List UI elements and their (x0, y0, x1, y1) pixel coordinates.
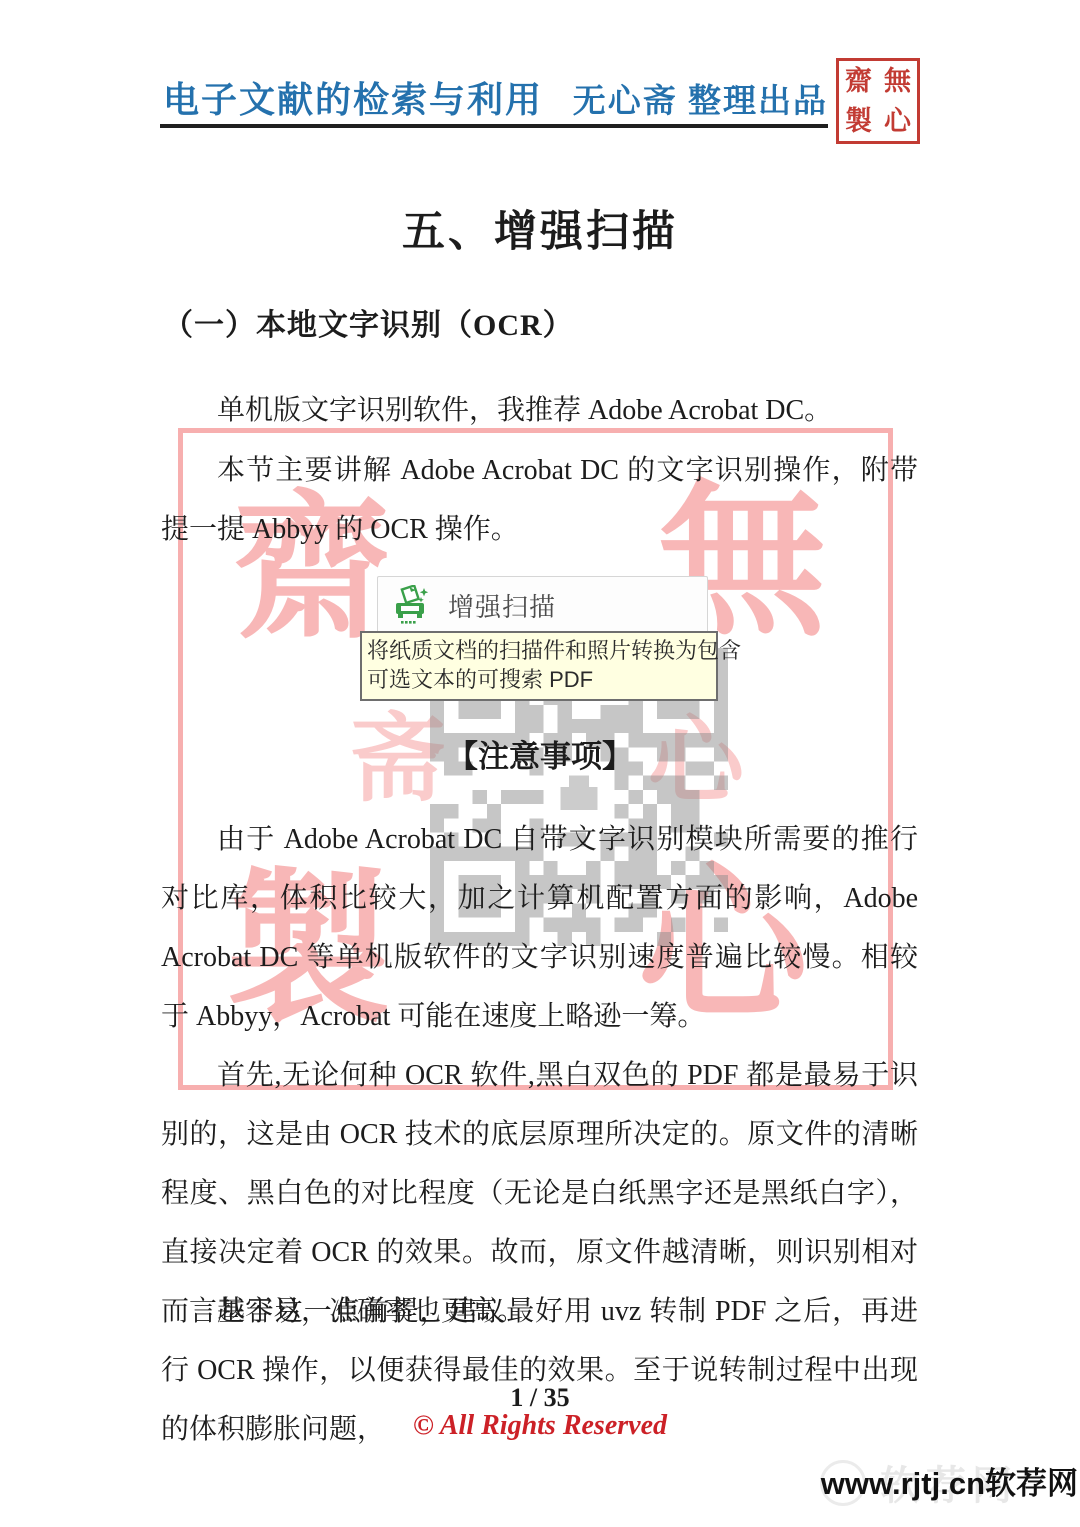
paragraph: 由于 Adobe Acrobat DC 自带文字识别模块所需要的推行对比库，体积… (161, 810, 918, 1046)
header-series-title: 电子文献的检索与利用 (163, 72, 543, 123)
enhance-scan-tooltip: 将纸质文档的扫描件和照片转换为包含 可选文本的可搜索 PDF (360, 631, 718, 701)
copyright-notice: © All Rights Reserved (0, 1410, 1080, 1442)
tooltip-line: 可选文本的可搜索 PDF (367, 665, 711, 694)
chapter-title: 五、增强扫描 (0, 198, 1080, 259)
paragraph: 单机版文字识别软件，我推荐 Adobe Acrobat DC。 (161, 381, 918, 440)
document-page: 齋 無 斋 心 製 心 电子文献的检索与利用 无心斋 整理出品 齋 無 製 心 … (0, 0, 1080, 1527)
enhance-scan-printer-icon (394, 585, 432, 625)
enhance-scan-button-label: 增强扫描 (448, 587, 556, 624)
site-watermark: 软荐网 www.rjtj.cn软荐网 (821, 1458, 1078, 1503)
notice-heading: 【注意事项】 (0, 731, 1080, 776)
header-byline: 无心斋 整理出品 (573, 75, 828, 122)
seal-char: 製 (845, 108, 872, 135)
header-rule (160, 124, 828, 128)
page-number: 1 / 35 (0, 1383, 1080, 1413)
site-watermark-text: www.rjtj.cn软荐网 (821, 1466, 1078, 1501)
section-heading: （一）本地文字识别（OCR） (163, 300, 574, 344)
seal-char: 無 (884, 68, 911, 95)
seal-char: 心 (884, 108, 911, 135)
enhance-scan-button[interactable]: 增强扫描 (377, 576, 708, 634)
page-header: 电子文献的检索与利用 无心斋 整理出品 (163, 72, 828, 123)
publisher-seal-stamp: 齋 無 製 心 (836, 58, 920, 144)
tooltip-line: 将纸质文档的扫描件和照片转换为包含 (367, 636, 711, 665)
paragraph: 本节主要讲解 Adobe Acrobat DC 的文字识别操作，附带提一提 Ab… (161, 441, 918, 559)
seal-char: 齋 (845, 68, 872, 95)
